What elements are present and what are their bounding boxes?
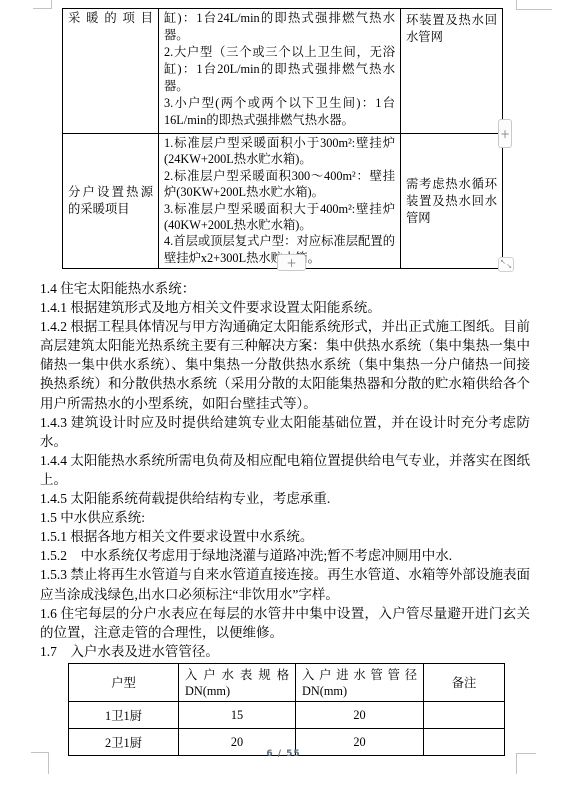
heating-row2-item: 分户设置热源的采暖项目 bbox=[63, 134, 159, 269]
header-label: 入户水表规格 bbox=[185, 667, 289, 683]
plus-icon: + bbox=[286, 256, 296, 270]
table-resize-handle[interactable]: ↖ ↘ bbox=[498, 257, 514, 272]
page-number: 6 / 55 bbox=[0, 749, 567, 759]
meter-cell-spec: 15 bbox=[179, 702, 296, 729]
heating-row2-note: 需考虑热水循环装置及热水回水管网 bbox=[401, 134, 503, 269]
paragraph-1-4: 1.4 住宅太阳能热水系统： bbox=[40, 279, 530, 298]
water-meter-table: 户型 入户水表规格 DN(mm) 入户进水管管径 DN(mm) 备注 1卫1厨 … bbox=[68, 663, 505, 756]
heating-row1-content-line: 3.小户型(两个或两个以下卫生间)：1台16L/min的即热式强排燃气热水器。 bbox=[164, 95, 395, 129]
text-boundary-mark-top-left bbox=[33, 0, 52, 9]
header-unit: DN(mm) bbox=[185, 683, 289, 699]
heating-row1-content-line: 缸)：1台24L/min的即热式强排燃气热水器。 bbox=[164, 10, 395, 44]
document-body: 1.4 住宅太阳能热水系统： 1.4.1 根据建筑形式及地方相关文件要求设置太阳… bbox=[40, 279, 530, 661]
meter-header-meter-spec: 入户水表规格 DN(mm) bbox=[179, 664, 296, 702]
heating-row1-item: 采暖的项目 bbox=[63, 9, 159, 134]
meter-header-remark: 备注 bbox=[424, 664, 505, 702]
add-table-column-button[interactable]: + bbox=[277, 254, 306, 271]
paragraph-1-5-1: 1.5.1 根据各地方相关文件要求设置中水系统。 bbox=[40, 527, 530, 546]
paragraph-1-6: 1.6 住宅每层的分户水表应在每层的水管井中集中设置，入户管尽量避开进门玄关的位… bbox=[40, 604, 530, 642]
header-unit: DN(mm) bbox=[302, 683, 417, 699]
paragraph-1-4-2: 1.4.2 根据工程具体情况与甲方沟通确定太阳能系统形式，并出正式施工图纸。目前… bbox=[40, 317, 530, 412]
paragraph-1-4-4: 1.4.4 太阳能热水系统所需电负荷及相应配电箱位置提供给电气专业，并落实在图纸… bbox=[40, 451, 530, 489]
resize-arrow-nw-icon: ↖ bbox=[500, 259, 506, 266]
meter-header-pipe-diameter: 入户进水管管径 DN(mm) bbox=[296, 664, 424, 702]
heating-table: 采暖的项目 缸)：1台24L/min的即热式强排燃气热水器。 2.大户型（三个或… bbox=[62, 8, 503, 269]
paragraph-1-4-1: 1.4.1 根据建筑形式及地方相关文件要求设置太阳能系统。 bbox=[40, 298, 530, 317]
plus-icon: + bbox=[500, 127, 510, 141]
text-boundary-mark-top-right bbox=[516, 0, 552, 10]
heating-row1-content: 缸)：1台24L/min的即热式强排燃气热水器。 2.大户型（三个或三个以上卫生… bbox=[159, 9, 401, 134]
heating-row2-content-line: 1.标准层户型采暖面积小于300m²:壁挂炉(24KW+200L热水贮水箱)。 bbox=[164, 135, 395, 168]
meter-cell-remark bbox=[424, 702, 505, 729]
paragraph-1-7: 1.7 入户水表及进水管管径。 bbox=[40, 642, 530, 661]
add-table-row-button[interactable]: + bbox=[498, 119, 512, 148]
meter-cell-diameter: 20 bbox=[296, 702, 424, 729]
meter-header-row: 户型 入户水表规格 DN(mm) 入户进水管管径 DN(mm) 备注 bbox=[69, 664, 505, 702]
meter-header-type: 户型 bbox=[69, 664, 179, 702]
heating-table-row: 采暖的项目 缸)：1台24L/min的即热式强排燃气热水器。 2.大户型（三个或… bbox=[63, 9, 503, 134]
resize-arrow-se-icon: ↘ bbox=[506, 263, 512, 270]
heating-row1-note: 环装置及热水回水管网 bbox=[401, 9, 503, 134]
header-label: 入户进水管管径 bbox=[302, 667, 417, 683]
paragraph-1-5: 1.5 中水供应系统: bbox=[40, 508, 530, 527]
header-label: 备注 bbox=[430, 675, 498, 691]
heating-row2-content: 1.标准层户型采暖面积小于300m²:壁挂炉(24KW+200L热水贮水箱)。 … bbox=[159, 134, 401, 269]
meter-table-row: 1卫1厨 15 20 bbox=[69, 702, 505, 729]
paragraph-1-4-3: 1.4.3 建筑设计时应及时提供给建筑专业太阳能基础位置，并在设计时充分考虑防水… bbox=[40, 413, 530, 451]
paragraph-1-5-2: 1.5.2 中水系统仅考虑用于绿地浇灌与道路冲洗;暂不考虑冲厕用中水. bbox=[40, 546, 530, 565]
paragraph-1-5-3: 1.5.3 禁止将再生水管道与自来水管道直接连接。再生水管道、水箱等外部设施表面… bbox=[40, 565, 530, 603]
heating-table-row: 分户设置热源的采暖项目 1.标准层户型采暖面积小于300m²:壁挂炉(24KW+… bbox=[63, 134, 503, 269]
heating-row2-content-line: 3.标准层户型采暖面积大于400m²:壁挂炉(40KW+200L热水贮水箱)。 bbox=[164, 201, 395, 234]
meter-cell-type: 1卫1厨 bbox=[69, 702, 179, 729]
paragraph-1-4-5: 1.4.5 太阳能系统荷载提供给结构专业，考虑承重. bbox=[40, 489, 530, 508]
header-label: 户型 bbox=[75, 675, 172, 691]
heating-row1-content-line: 2.大户型（三个或三个以上卫生间，无浴缸)：1台20L/min的即热式强排燃气热… bbox=[164, 44, 395, 95]
heating-row2-content-line: 2.标准层户型采暖面积300～400m²：壁挂炉(30KW+200L热水贮水箱)… bbox=[164, 168, 395, 201]
